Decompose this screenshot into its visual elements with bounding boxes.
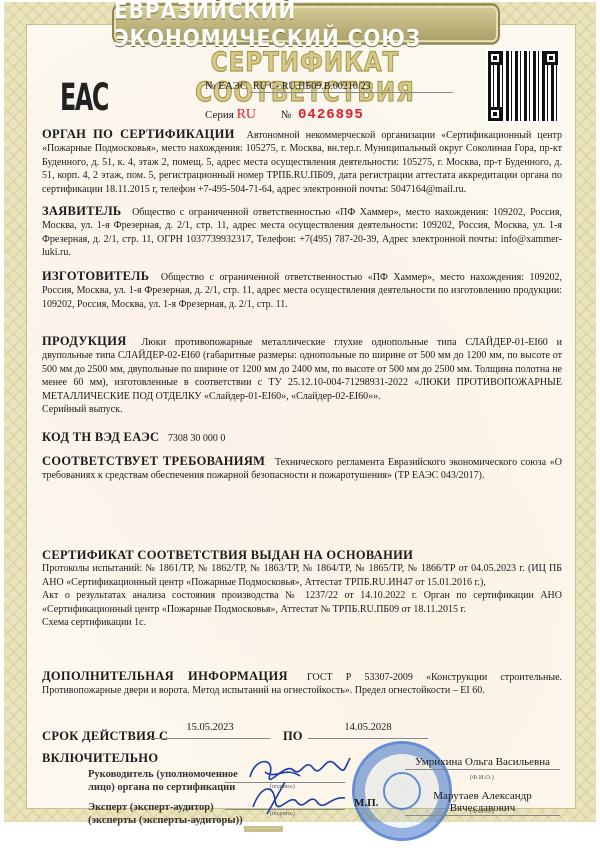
head-name: Умрихина Ольга Васильевна: [405, 756, 560, 770]
section-heading: ПРОДУКЦИЯ: [42, 334, 127, 348]
section-heading: ЗАЯВИТЕЛЬ: [42, 204, 122, 218]
basis-line: Акт о результатах анализа состояния прои…: [42, 589, 562, 616]
section-product: ПРОДУКЦИЯ Люки противопожарные металличе…: [42, 335, 562, 416]
section-conforms: СООТВЕТСТВУЕТ ТРЕБОВАНИЯМ Технического р…: [42, 455, 562, 483]
section-heading: ДОПОЛНИТЕЛЬНАЯ ИНФОРМАЦИЯ: [42, 669, 288, 683]
head-label-line: Руководитель (уполномоченное: [88, 768, 238, 781]
section-heading: ИЗГОТОВИТЕЛЬ: [42, 269, 149, 283]
series-label: Серия: [205, 109, 234, 121]
registration-number: № ЕАЭС RU С- RU.ПБ09.В.00210/23: [205, 80, 453, 93]
section-basis: СЕРТИФИКАТ СООТВЕТСТВИЯ ВЫДАН НА ОСНОВАН…: [42, 549, 562, 629]
basis-line: Протоколы испытаний: № 1861/ТР, № 1862/Т…: [42, 562, 562, 589]
series-value: RU: [237, 107, 256, 122]
form-number: 0426895: [298, 107, 364, 123]
serial-production: Серийный выпуск.: [42, 403, 562, 416]
expert-label: Эксперт (эксперт-аудитор) (эксперты (экс…: [88, 801, 243, 827]
section-manufacturer: ИЗГОТОВИТЕЛЬ Общество с ограниченной отв…: [42, 270, 562, 311]
section-applicant: ЗАЯВИТЕЛЬ Общество с ограниченной ответс…: [42, 205, 562, 260]
registration-label: № ЕАЭС: [205, 80, 247, 92]
validity-to-label: ПО: [283, 729, 302, 744]
qr-finder-icon: [544, 51, 558, 65]
section-tn-ved: КОД ТН ВЭД ЕАЭС 7308 30 000 0: [42, 431, 562, 445]
expert-label-line: Эксперт (эксперт-аудитор): [88, 801, 243, 814]
validity-date-to: 14.05.2028: [308, 722, 428, 739]
qr-finder-icon: [488, 51, 502, 65]
section-heading: СООТВЕТСТВУЕТ ТРЕБОВАНИЯМ: [42, 454, 265, 468]
qr-code-icon: [486, 49, 560, 123]
union-banner: ЕВРАЗИЙСКИЙ ЭКОНОМИЧЕСКИЙ СОЮЗ: [112, 3, 500, 44]
series-number: Серия RU № 0426895: [205, 107, 364, 123]
fio-caption: (Ф.И.О.): [470, 808, 494, 815]
section-additional-info: ДОПОЛНИТЕЛЬНАЯ ИНФОРМАЦИЯ ГОСТ Р 53307-2…: [42, 670, 562, 698]
basis-line: Схема сертификации 1с.: [42, 616, 562, 629]
section-heading: ОРГАН ПО СЕРТИФИКАЦИИ: [42, 127, 235, 141]
handwritten-signature-icon: [245, 752, 355, 822]
section-heading: СЕРТИФИКАТ СООТВЕТСТВИЯ ВЫДАН НА ОСНОВАН…: [42, 549, 562, 562]
head-label-line: лицо) органа по сертификации: [88, 781, 238, 794]
validity-inclusive-label: ВКЛЮЧИТЕЛЬНО: [42, 747, 168, 769]
stamp-place-label: М.П.: [354, 797, 378, 809]
tn-ved-code: 7308 30 000 0: [168, 433, 226, 444]
fio-caption: (Ф.И.О.): [470, 774, 494, 781]
print-info: ·····················: [244, 826, 283, 832]
number-label: №: [281, 109, 292, 121]
eac-logo-icon: EAC: [66, 69, 102, 126]
section-heading: КОД ТН ВЭД ЕАЭС: [42, 430, 159, 444]
certificate-title: СЕРТИФИКАТ СООТВЕТСТВИЯ: [150, 48, 460, 108]
section-certification-body: ОРГАН ПО СЕРТИФИКАЦИИ Автономной некомме…: [42, 128, 562, 196]
head-label: Руководитель (уполномоченное лицо) орган…: [88, 768, 238, 794]
registration-value: RU С- RU.ПБ09.В.00210/23: [250, 81, 453, 93]
expert-label-line: (эксперты (эксперты-аудиторы)): [88, 814, 243, 827]
qr-finder-icon: [488, 107, 502, 121]
validity-date-from: 15.05.2023: [150, 722, 270, 739]
